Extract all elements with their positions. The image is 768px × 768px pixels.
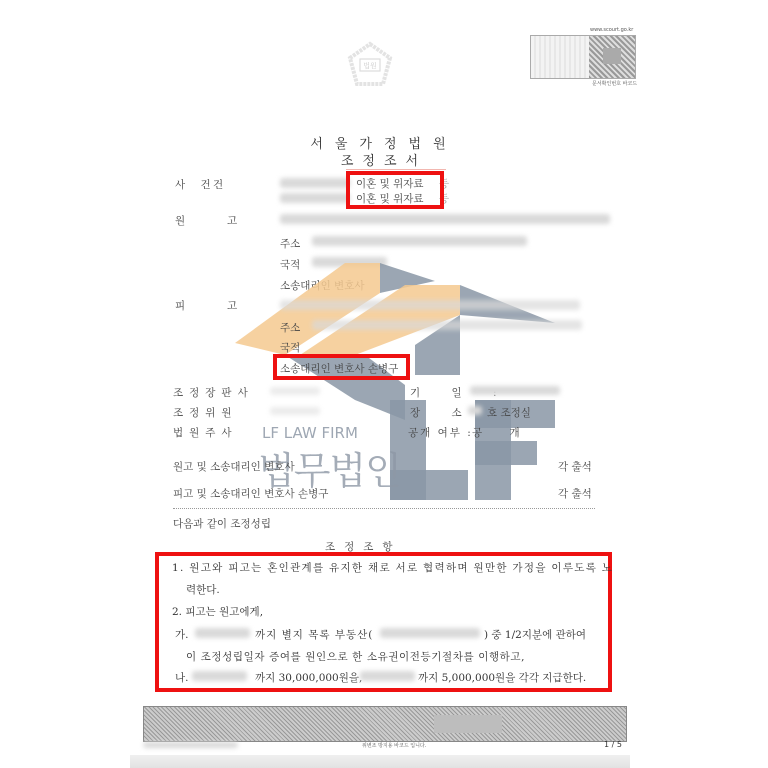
term-1-cont: 력한다. — [186, 582, 220, 597]
term-2b-text2: 까지 5,000,000원을 각각 지급한다. — [418, 670, 586, 685]
term-2a-prefix: 가. — [175, 627, 188, 642]
redacted-address — [312, 320, 582, 330]
title-underline — [346, 169, 446, 170]
redacted — [280, 193, 350, 203]
redacted-defendant-name — [280, 300, 580, 310]
place-value: 호 조정실 — [487, 405, 531, 420]
qr-site: www.scourt.go.kr — [590, 27, 633, 33]
plaintiff-label-2: 고 — [227, 213, 237, 228]
attendance-defendant: 피고 및 소송대리인 변호사 손병구 — [173, 486, 328, 501]
seal-text: 법원 — [363, 61, 377, 70]
redacted — [195, 628, 250, 638]
attendance-defendant-status: 각 출석 — [558, 486, 592, 501]
highlight-case-box — [346, 171, 444, 209]
divider — [173, 508, 595, 509]
document-title: 조정조서 — [0, 150, 768, 169]
plaintiff-address-label: 주소 — [280, 236, 300, 251]
redacted-plaintiff-name — [280, 214, 610, 224]
redacted-address — [312, 236, 527, 246]
term-2b-prefix: 나. — [175, 670, 188, 685]
redacted-property — [380, 628, 480, 638]
redacted-footer — [143, 742, 238, 748]
qr-code — [530, 35, 636, 79]
redacted — [360, 671, 415, 681]
case-label: 사 건 — [175, 177, 217, 192]
mediator-label: 조정위원 — [173, 405, 238, 420]
clerk-label: 법원주사 — [173, 425, 238, 440]
term-2: 2. 피고는 원고에게, — [172, 604, 263, 619]
anti-forgery-barcode — [143, 706, 627, 742]
defendant-label: 피 — [175, 298, 185, 313]
page-number: 1 / 5 — [604, 740, 622, 749]
term-2b-text1: 까지 30,000,000원을, — [255, 670, 362, 685]
public-value: 공 개 — [472, 425, 532, 440]
redacted — [270, 407, 320, 415]
qr-caption: 문서확인번호 바코드 — [592, 80, 637, 87]
redacted — [192, 671, 247, 681]
plaintiff-label: 원 — [175, 213, 185, 228]
case-label-2: 건 — [213, 177, 223, 192]
term-2a-line2: 이 조정성립일자 증여를 원인으로 한 소유권이전등기절차를 이행하고, — [186, 649, 525, 664]
attendance-plaintiff: 원고 및 소송대리인 변호사 — [173, 459, 295, 474]
barcode-note: 위변조 방지용 바코드 입니다. — [362, 742, 426, 749]
term-1: 1. 원고와 피고는 혼인관계를 유지한 채로 서로 협력하며 원만한 가정을 … — [172, 560, 613, 575]
attendance-plaintiff-status: 각 출석 — [558, 459, 592, 474]
document-page: 법원 www.scourt.go.kr 문서확인번호 바코드 서울가정법원 조정… — [0, 0, 768, 768]
redacted-room — [468, 406, 482, 415]
defendant-address-label: 주소 — [280, 320, 300, 335]
defendant-label-2: 고 — [227, 298, 237, 313]
redacted — [280, 178, 350, 188]
term-2a-text1: 까지 별지 목록 부동산( — [255, 627, 373, 642]
public-label: 공개 여부 : — [408, 425, 473, 440]
bottom-band — [130, 755, 630, 768]
redacted — [270, 387, 320, 395]
redacted-date — [470, 386, 560, 395]
judge-label: 조정장판사 — [173, 385, 254, 400]
term-2a-text2: ) 중 1/2지분에 관하여 — [484, 627, 586, 642]
settlement-intro: 다음과 같이 조정성립 — [173, 516, 271, 531]
highlight-attorney-box — [273, 354, 410, 380]
defendant-nationality-label: 국적 — [280, 340, 300, 355]
court-seal-icon: 법원 — [345, 40, 395, 90]
